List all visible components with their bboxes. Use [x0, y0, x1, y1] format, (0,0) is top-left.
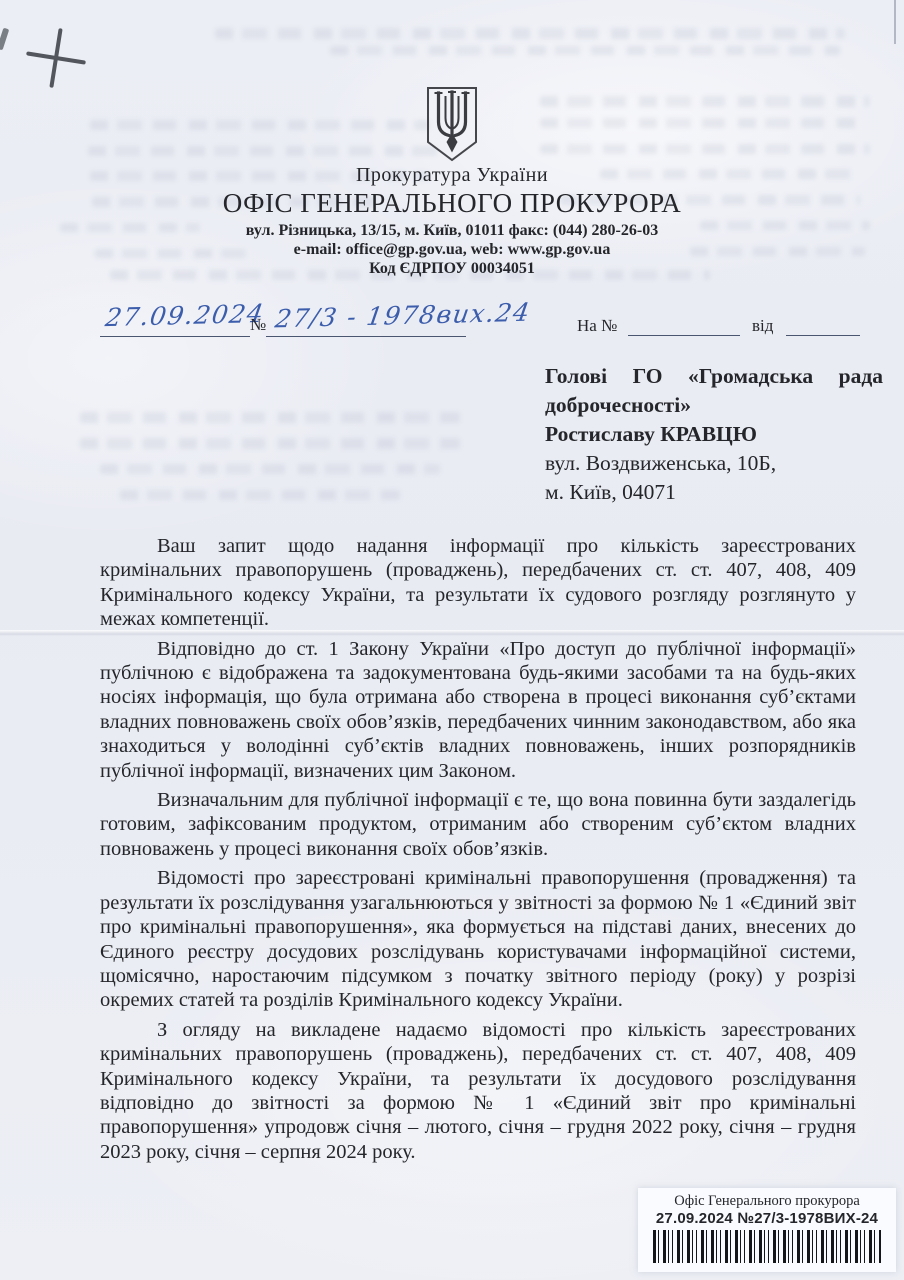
recipient-block: Голові ГО «Громадська рада доброчесності… [545, 362, 883, 507]
bleedthrough-text [100, 464, 440, 474]
reply-to-label: На № [577, 316, 617, 336]
bleedthrough-text [120, 490, 400, 500]
org-edrpou-code: Код ЄДРПОУ 00034051 [0, 260, 904, 278]
registration-stamp: Офіс Генерального прокурора 27.09.2024 №… [638, 1188, 896, 1272]
body-paragraph: З огляду на викладене надаємо відомості … [100, 1018, 856, 1164]
handwritten-date: 27.09.2024 [106, 301, 264, 330]
letter-body: Ваш запит щодо надання інформації про кі… [100, 534, 856, 1169]
number-sign: № [250, 315, 266, 335]
stamp-reference-number: 27.09.2024 №27/3-1978ВИХ-24 [638, 1210, 896, 1227]
handwritten-outgoing-number: 27/3 - 1978вих.24 [276, 301, 530, 330]
recipient-title: Голові ГО «Громадська рада доброчесності… [545, 362, 883, 420]
recipient-street: вул. Воздвиженська, 10Б, [545, 449, 883, 478]
scan-edge-artifact [0, 28, 9, 51]
handdrawn-cross-mark [19, 21, 92, 94]
ukraine-trident-emblem-icon [425, 86, 479, 162]
recipient-name: Ростиславу КРАВЦЮ [545, 420, 883, 449]
body-paragraph: Визначальним для публічної інформації є … [100, 788, 856, 861]
barcode-icon [653, 1230, 881, 1263]
reply-from-label: від [752, 316, 773, 336]
org-name-small: Прокуратура України [0, 164, 904, 187]
bleedthrough-text [540, 96, 870, 107]
org-address: вул. Різницька, 13/15, м. Київ, 01011 фа… [0, 222, 904, 240]
recipient-city: м. Київ, 04071 [545, 478, 883, 507]
reply-date-blank [786, 335, 860, 336]
org-name-main: ОФІС ГЕНЕРАЛЬНОГО ПРОКУРОРА [0, 188, 904, 219]
scanned-letter-page: Прокуратура України ОФІС ГЕНЕРАЛЬНОГО ПР… [0, 0, 904, 1280]
body-paragraph: Відповідно до ст. 1 Закону України «Про … [100, 637, 856, 783]
date-underline [100, 336, 250, 337]
bleedthrough-text [80, 438, 460, 449]
org-contacts: e-mail: office@gp.gov.ua, web: www.gp.go… [0, 241, 904, 259]
body-paragraph: Ваш запит щодо надання інформації про кі… [100, 534, 856, 632]
reply-number-blank [628, 335, 740, 336]
bleedthrough-text [330, 46, 840, 55]
bleedthrough-text [215, 28, 845, 39]
stamp-org-name: Офіс Генерального прокурора [638, 1193, 896, 1210]
bleedthrough-text [80, 412, 460, 423]
bleedthrough-text [540, 144, 870, 154]
number-underline [266, 336, 466, 337]
scan-edge-line [894, 0, 896, 44]
body-paragraph: Відомості про зареєстровані кримінальні … [100, 866, 856, 1012]
bleedthrough-text [90, 120, 430, 130]
bleedthrough-text [88, 146, 438, 156]
bleedthrough-text [540, 118, 860, 128]
